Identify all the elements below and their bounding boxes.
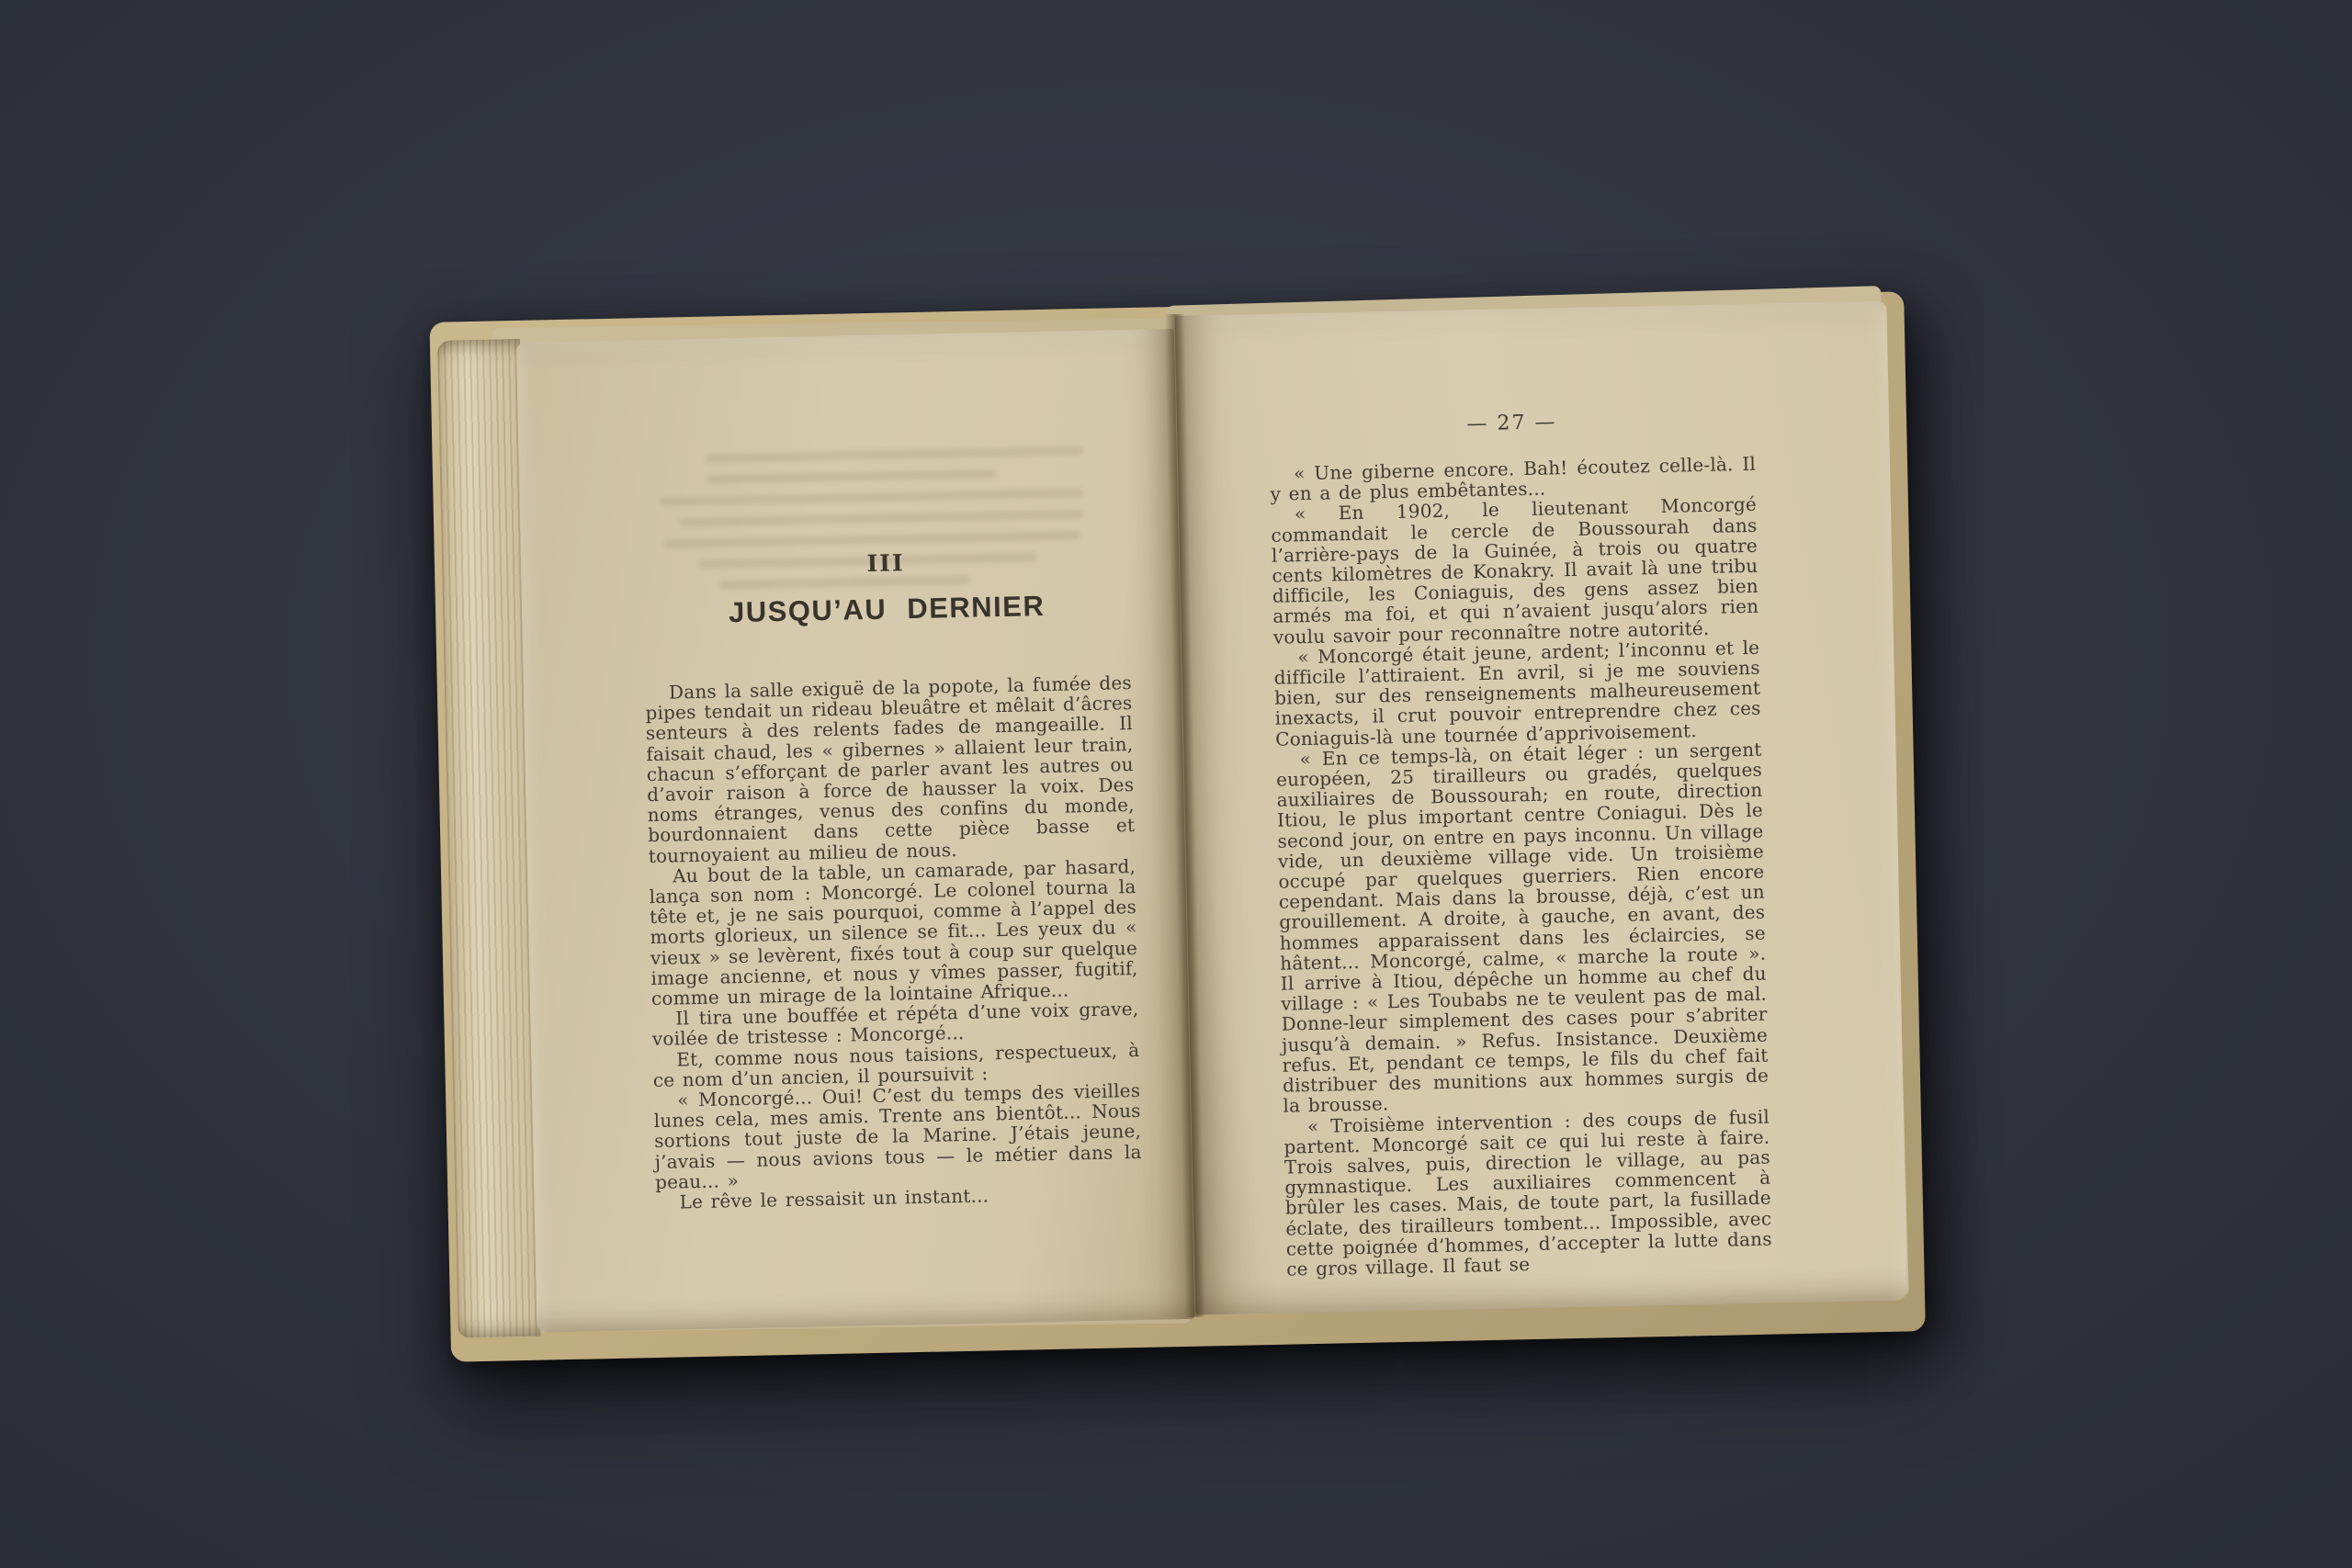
right-page-text: « Une giberne encore. Bah! écoutez celle… [1270,454,1772,1280]
left-page: III JUSQU’AU DERNIER Dans la salle exigu… [516,329,1194,1333]
paragraph: « Moncorgé... Oui! C’est du temps des vi… [653,1080,1142,1192]
page-number: — 27 — [1266,304,1755,440]
chapter-number: III [638,330,1129,581]
open-book: III JUSQU’AU DERNIER Dans la salle exigu… [435,295,1922,1345]
photo-backdrop: III JUSQU’AU DERNIER Dans la salle exigu… [0,0,2352,1568]
paragraph: Dans la salle exiguë de la popote, la fu… [645,672,1136,866]
left-page-text: Dans la salle exiguë de la popote, la fu… [645,672,1143,1213]
chapter-title: JUSQU’AU DERNIER [643,588,1131,631]
paragraph: Au bout de la table, un camarade, par ha… [649,856,1138,1009]
paragraph: « En ce temps-là, on était léger : un se… [1275,739,1769,1117]
right-page: — 27 — « Une giberne encore. Bah! écoute… [1175,301,1908,1315]
paragraph: « En 1902, le lieutenant Moncorgé comman… [1271,494,1759,647]
paragraph: « Moncorgé était jeune, ardent; l’inconn… [1273,637,1761,750]
paragraph: « Troisième intervention : des coups de … [1283,1106,1773,1280]
